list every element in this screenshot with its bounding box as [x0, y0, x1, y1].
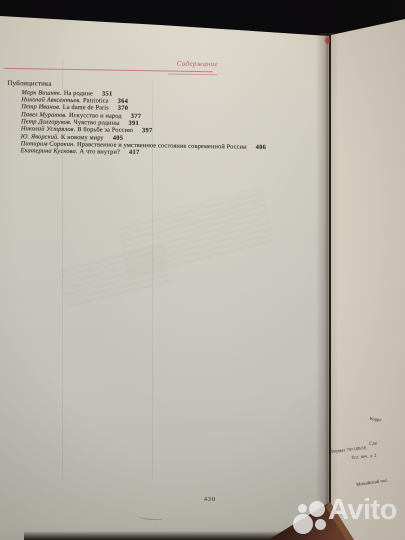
avito-logo-dot — [293, 514, 313, 534]
toc-list: Марк Вишняк.На родине351 Николай Авксент… — [20, 89, 267, 159]
toc-entry-title: На родине — [64, 89, 93, 96]
red-page-edge-mark — [325, 37, 330, 44]
toc-entry-title: Patriotica — [83, 97, 109, 104]
folio-page-number: 430 — [204, 497, 216, 503]
toc-entry-page: 391 — [128, 120, 139, 127]
avito-logo-dot — [309, 501, 325, 517]
page-bottom-shadow — [24, 531, 282, 540]
book-gutter — [316, 33, 338, 540]
toc-entry-page: 417 — [129, 149, 140, 156]
toc-entry-author: Екатерина Кускова. — [20, 147, 77, 155]
toc-entry-page: 351 — [102, 90, 113, 97]
avito-wordmark: Avito — [328, 494, 397, 527]
colophon-fragment: Сда — [369, 440, 377, 446]
toc-entry-title: А что внутри? — [79, 148, 120, 156]
toc-entry-page: 364 — [118, 98, 129, 105]
toc-entry-page: 397 — [142, 127, 153, 134]
avito-logo-dot — [298, 504, 307, 513]
section-label: Публицистика — [8, 80, 52, 88]
toc-entry-page: 405 — [113, 134, 124, 141]
toc-entry-page: 370 — [118, 105, 129, 112]
book-photo: Содержание Публицистика Марк Вишняк.На р… — [0, 0, 405, 540]
avito-logo-dot — [315, 519, 326, 530]
avito-watermark: Avito — [288, 498, 405, 538]
toc-entry-page: 377 — [131, 112, 142, 119]
toc-entry-page: 406 — [256, 144, 267, 151]
page-header: Содержание — [166, 59, 218, 68]
